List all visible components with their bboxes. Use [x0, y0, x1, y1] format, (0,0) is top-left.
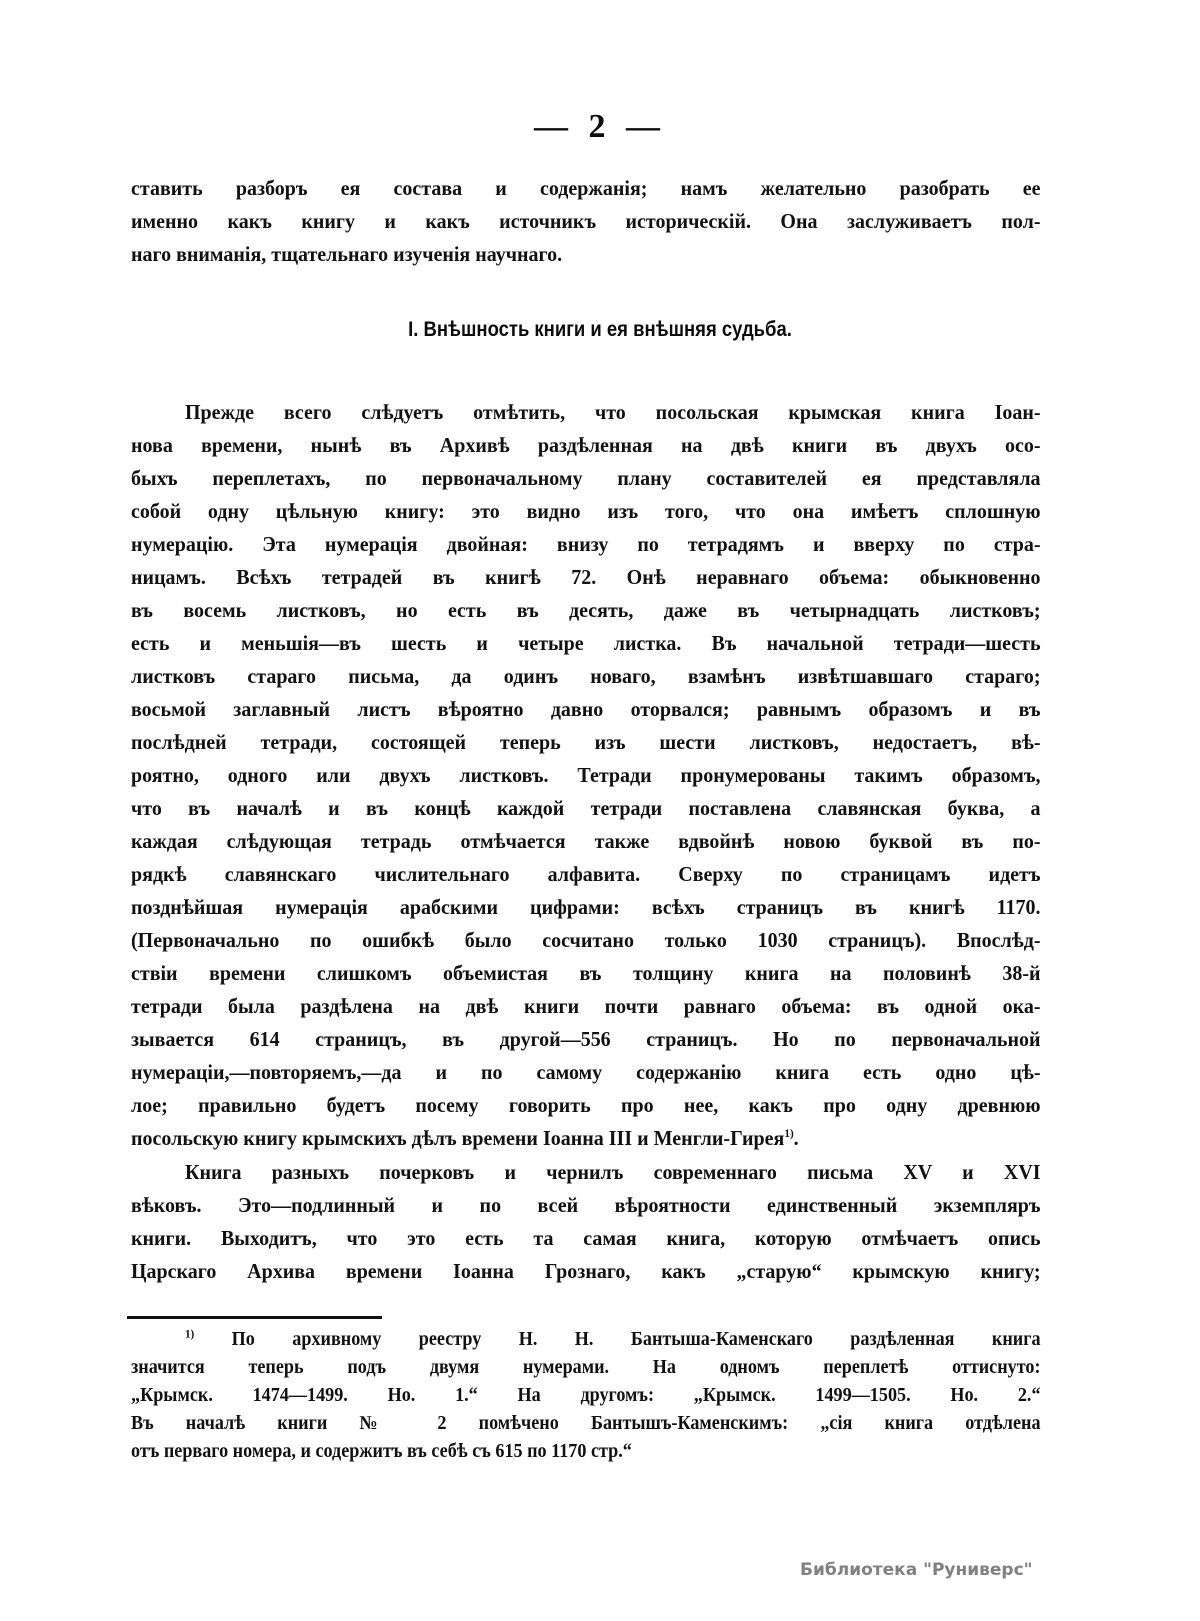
text-line: зывается 614 страницъ, въ другой—556 стр…	[131, 1023, 1041, 1056]
text-line: (Первоначально по ошибкѣ было сосчитано …	[131, 924, 1041, 957]
text-line: нумерацію. Эта нумерація двойная: внизу …	[131, 528, 1041, 561]
text-line: нумераціи,—повторяемъ,—да и по самому со…	[131, 1056, 1041, 1089]
text-line: листковъ стараго письма, да одинъ новаго…	[131, 660, 1041, 693]
footnote-line: значится теперь подъ двумя нумерами. На …	[131, 1354, 1041, 1382]
text-line: Царскаго Архива времени Іоанна Грознаго,…	[131, 1255, 1041, 1288]
text-line: восьмой заглавный листъ вѣроятно давно о…	[131, 693, 1041, 726]
paragraph-2: Книга разныхъ почерковъ и чернилъ соврем…	[131, 1156, 1041, 1288]
text-line: въ восемь листковъ, но есть въ десять, д…	[131, 594, 1041, 627]
line-end-punctuation: .	[794, 1126, 799, 1150]
text-line: книги. Выходитъ, что это есть та самая к…	[131, 1222, 1041, 1255]
text-line-with-footnote: посольскую книгу крымскихъ дѣлъ времени …	[131, 1122, 1041, 1155]
text-line: Книга разныхъ почерковъ и чернилъ соврем…	[131, 1156, 1041, 1189]
paragraph-1: Прежде всего слѣдуетъ отмѣтить, что посо…	[131, 396, 1041, 1155]
text-line: послѣдней тетради, состоящей теперь изъ …	[131, 726, 1041, 759]
footnote-text: По архивному реестру Н. Н. Бантыша-Камен…	[232, 1329, 1041, 1350]
text-line: именно какъ книгу и какъ источникъ истор…	[131, 205, 1041, 238]
footnote-reference[interactable]: 1)	[784, 1126, 793, 1140]
text-line-content: посольскую книгу крымскихъ дѣлъ времени …	[131, 1126, 784, 1150]
footnote: 1) По архивному реестру Н. Н. Бантыша-Ка…	[131, 1326, 1041, 1466]
footnote-divider	[127, 1316, 382, 1319]
intro-paragraph: ставить разборъ ея состава и содержанія;…	[131, 172, 1041, 271]
text-line: нова времени, нынѣ въ Архивѣ раздѣленная…	[131, 429, 1041, 462]
text-line: рядкѣ славянскаго числительнаго алфавита…	[131, 858, 1041, 891]
text-line: есть и меньшія—въ шесть и четыре листка.…	[131, 627, 1041, 660]
text-line: лое; правильно будетъ посему говорить пр…	[131, 1089, 1041, 1122]
library-watermark: Библиотека "Руниверс"	[800, 1560, 1033, 1580]
section-heading: I. Внѣшность книги и ея внѣшняя судьба.	[72, 318, 1128, 342]
footnote-line: отъ перваго номера, и содержитъ въ себѣ …	[131, 1438, 1041, 1466]
text-line: позднѣйшая нумерація арабскими цифрами: …	[131, 891, 1041, 924]
page-number: — 2 —	[0, 108, 1200, 146]
text-line: ницамъ. Всѣхъ тетрадей въ книгѣ 72. Онѣ …	[131, 561, 1041, 594]
text-line: быхъ переплетахъ, по первоначальному пла…	[131, 462, 1041, 495]
text-line: наго вниманія, тщательнаго изученія науч…	[131, 238, 1041, 271]
footnote-line: Въ началѣ книги № 2 помѣчено Бантышъ-Кам…	[131, 1410, 1041, 1438]
book-page: — 2 — ставить разборъ ея состава и содер…	[0, 0, 1200, 1621]
text-line: собой одну цѣльную книгу: это видно изъ …	[131, 495, 1041, 528]
text-line: ствіи времени слишкомъ объемистая въ тол…	[131, 957, 1041, 990]
text-line: ставить разборъ ея состава и содержанія;…	[131, 172, 1041, 205]
footnote-line: 1) По архивному реестру Н. Н. Бантыша-Ка…	[131, 1326, 1041, 1354]
text-line: каждая слѣдующая тетрадь отмѣчается такж…	[131, 825, 1041, 858]
text-line: вѣковъ. Это—подлинный и по всей вѣроятно…	[131, 1189, 1041, 1222]
text-line: роятно, одного или двухъ листковъ. Тетра…	[131, 759, 1041, 792]
text-line: Прежде всего слѣдуетъ отмѣтить, что посо…	[131, 396, 1041, 429]
footnote-line: „Крымск. 1474—1499. Но. 1.“ На другомъ: …	[131, 1382, 1041, 1410]
footnote-marker: 1)	[185, 1327, 194, 1341]
text-line: тетради была раздѣлена на двѣ книги почт…	[131, 990, 1041, 1023]
text-line: что въ началѣ и въ концѣ каждой тетради …	[131, 792, 1041, 825]
